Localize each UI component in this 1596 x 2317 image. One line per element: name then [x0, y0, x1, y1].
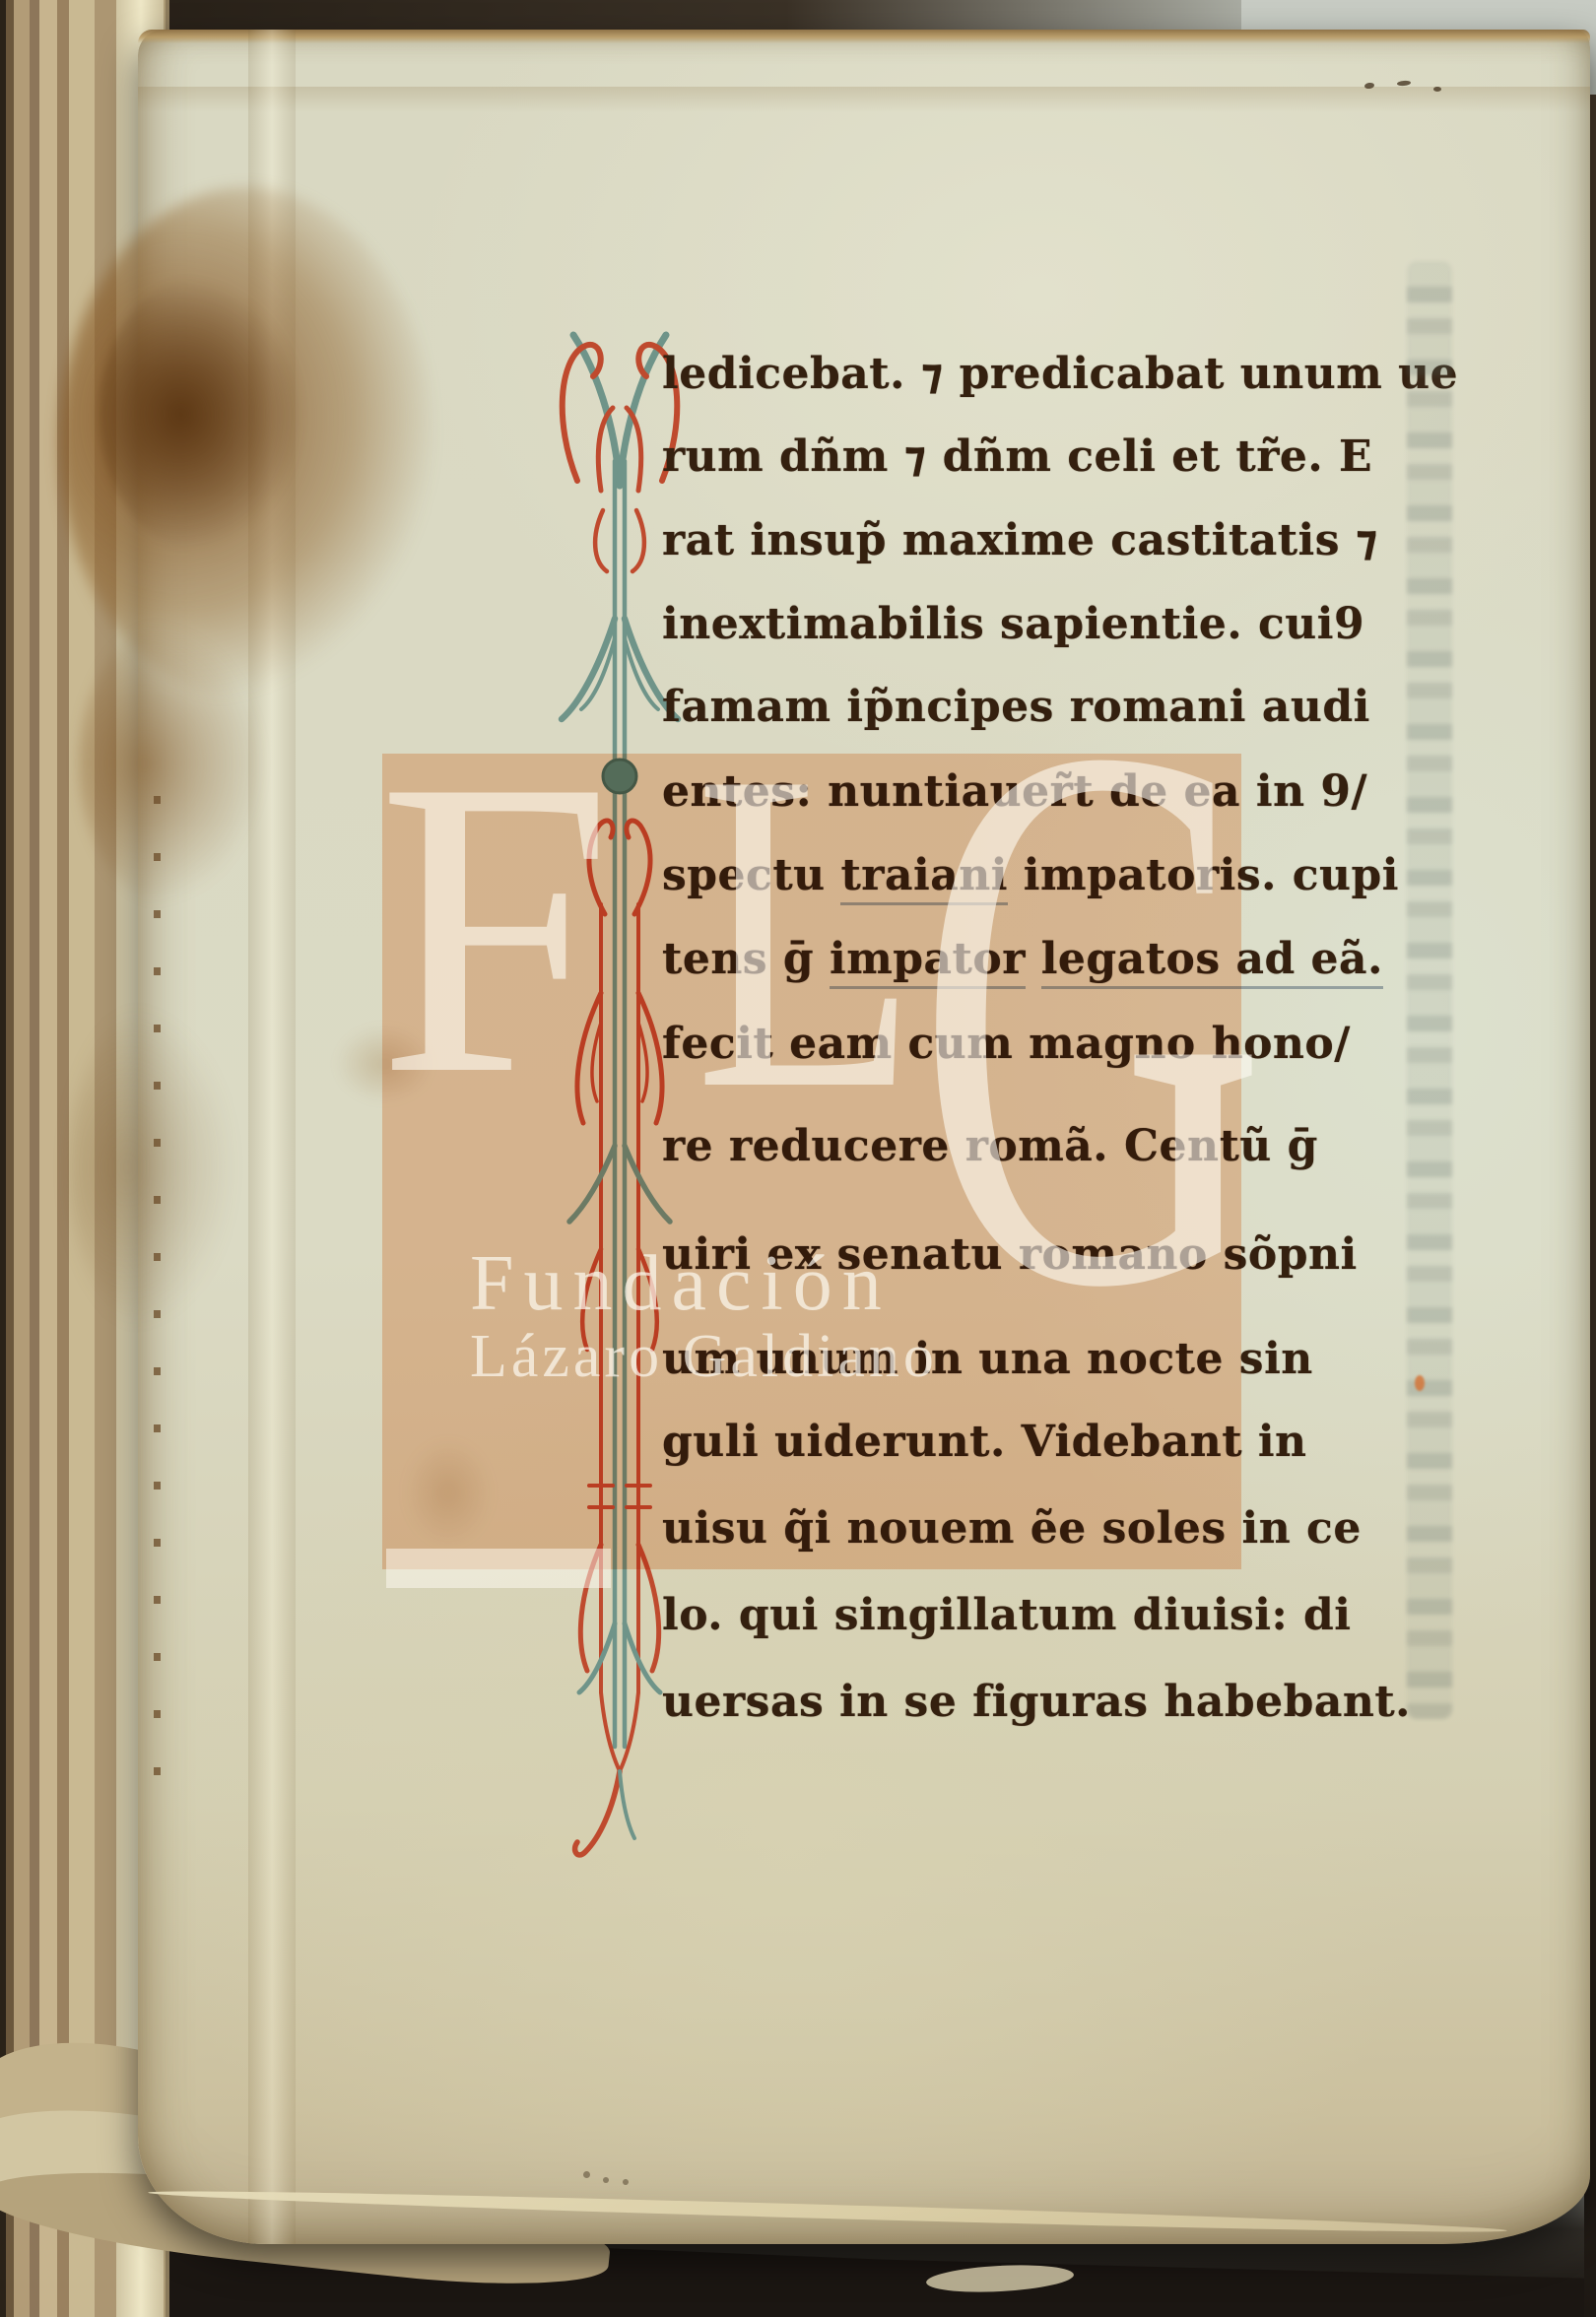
- watermark-letter-l: L: [695, 701, 918, 1159]
- dirt-speck: [623, 2179, 629, 2185]
- manuscript-scan: ledicebat. ⁊ predicabat unum ue rum dñm …: [0, 0, 1596, 2317]
- dirt-speck: [1433, 87, 1441, 92]
- watermark-letter-g: G: [916, 624, 1267, 1407]
- dirt-speck: [1397, 80, 1411, 86]
- manuscript-line: lo. qui singillatum diuisi: di: [662, 1588, 1352, 1643]
- watermark-letter-fragment: [386, 1549, 611, 1588]
- page-top-edge: [138, 30, 1590, 43]
- ink-stain-core: [99, 276, 305, 552]
- watermark-foundation-name-line2: Lázaro Galdiano: [470, 1322, 938, 1392]
- page-top-crease: [138, 87, 1590, 112]
- dirt-speck: [603, 2177, 609, 2183]
- pricking-holes-column: [154, 796, 161, 1781]
- orange-pigment-speck: [1415, 1375, 1425, 1391]
- ghost-offset-strip: [1407, 261, 1452, 1719]
- dirt-speck: [583, 2171, 590, 2178]
- watermark-letter-f: F: [377, 716, 613, 1140]
- parchment-page: ledicebat. ⁊ predicabat unum ue rum dñm …: [138, 30, 1590, 2244]
- manuscript-line: ledicebat. ⁊ predicabat unum ue: [662, 347, 1458, 402]
- ink-stain-medium: [79, 621, 266, 906]
- manuscript-line: uersas in se figuras habebant.: [662, 1675, 1411, 1730]
- manuscript-line: rum dñm ⁊ dñm celi et tr̃e. E: [662, 430, 1372, 485]
- ink-stain-faint: [69, 1005, 236, 1330]
- manuscript-line: rat insup̃ maxime castitatis ⁊: [662, 513, 1378, 568]
- watermark-foundation-name-line1: Fundación: [470, 1239, 892, 1329]
